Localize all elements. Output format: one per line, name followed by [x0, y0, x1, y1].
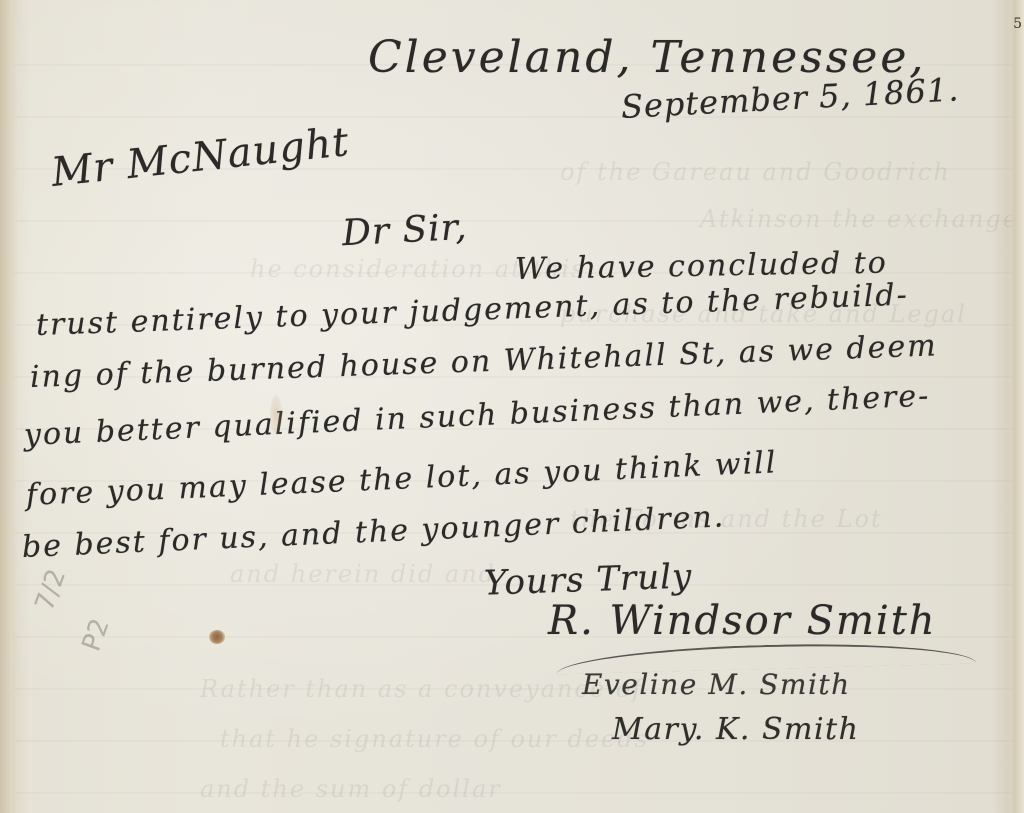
signature-eveline-smith: Eveline M. Smith [582, 668, 851, 701]
page-number: 5 [1013, 16, 1022, 32]
bleed-through-text: Rather than as a conveyance of [200, 675, 643, 703]
margin-pencil-note: P2 [77, 615, 116, 656]
margin-pencil-note: 7/2 [30, 565, 73, 615]
letter-page: of the Gareau and Goodrich Atkinson the … [0, 0, 1024, 813]
signature-r-windsor-smith: R. Windsor Smith [548, 598, 937, 644]
body-line: be best for us, and the younger children… [21, 499, 726, 565]
bleed-through-text: and herein did and [230, 560, 496, 588]
right-edge [1008, 0, 1024, 813]
bleed-through-text: that he signature of our deeds [220, 725, 649, 753]
torn-left-edge [0, 0, 18, 813]
bleed-through-text: Atkinson the exchange of [700, 205, 1024, 233]
greeting: Dr Sir, [341, 207, 468, 255]
bleed-through-text: of the Gareau and Goodrich [560, 158, 951, 186]
bleed-through-text: and the sum of dollar [200, 775, 502, 803]
closing: Yours Truly [483, 556, 693, 603]
ink-stain [209, 630, 225, 644]
signature-mary-smith: Mary. K. Smith [612, 712, 859, 747]
addressee: Mr McNaught [49, 119, 351, 196]
foxing-stain [270, 395, 282, 435]
